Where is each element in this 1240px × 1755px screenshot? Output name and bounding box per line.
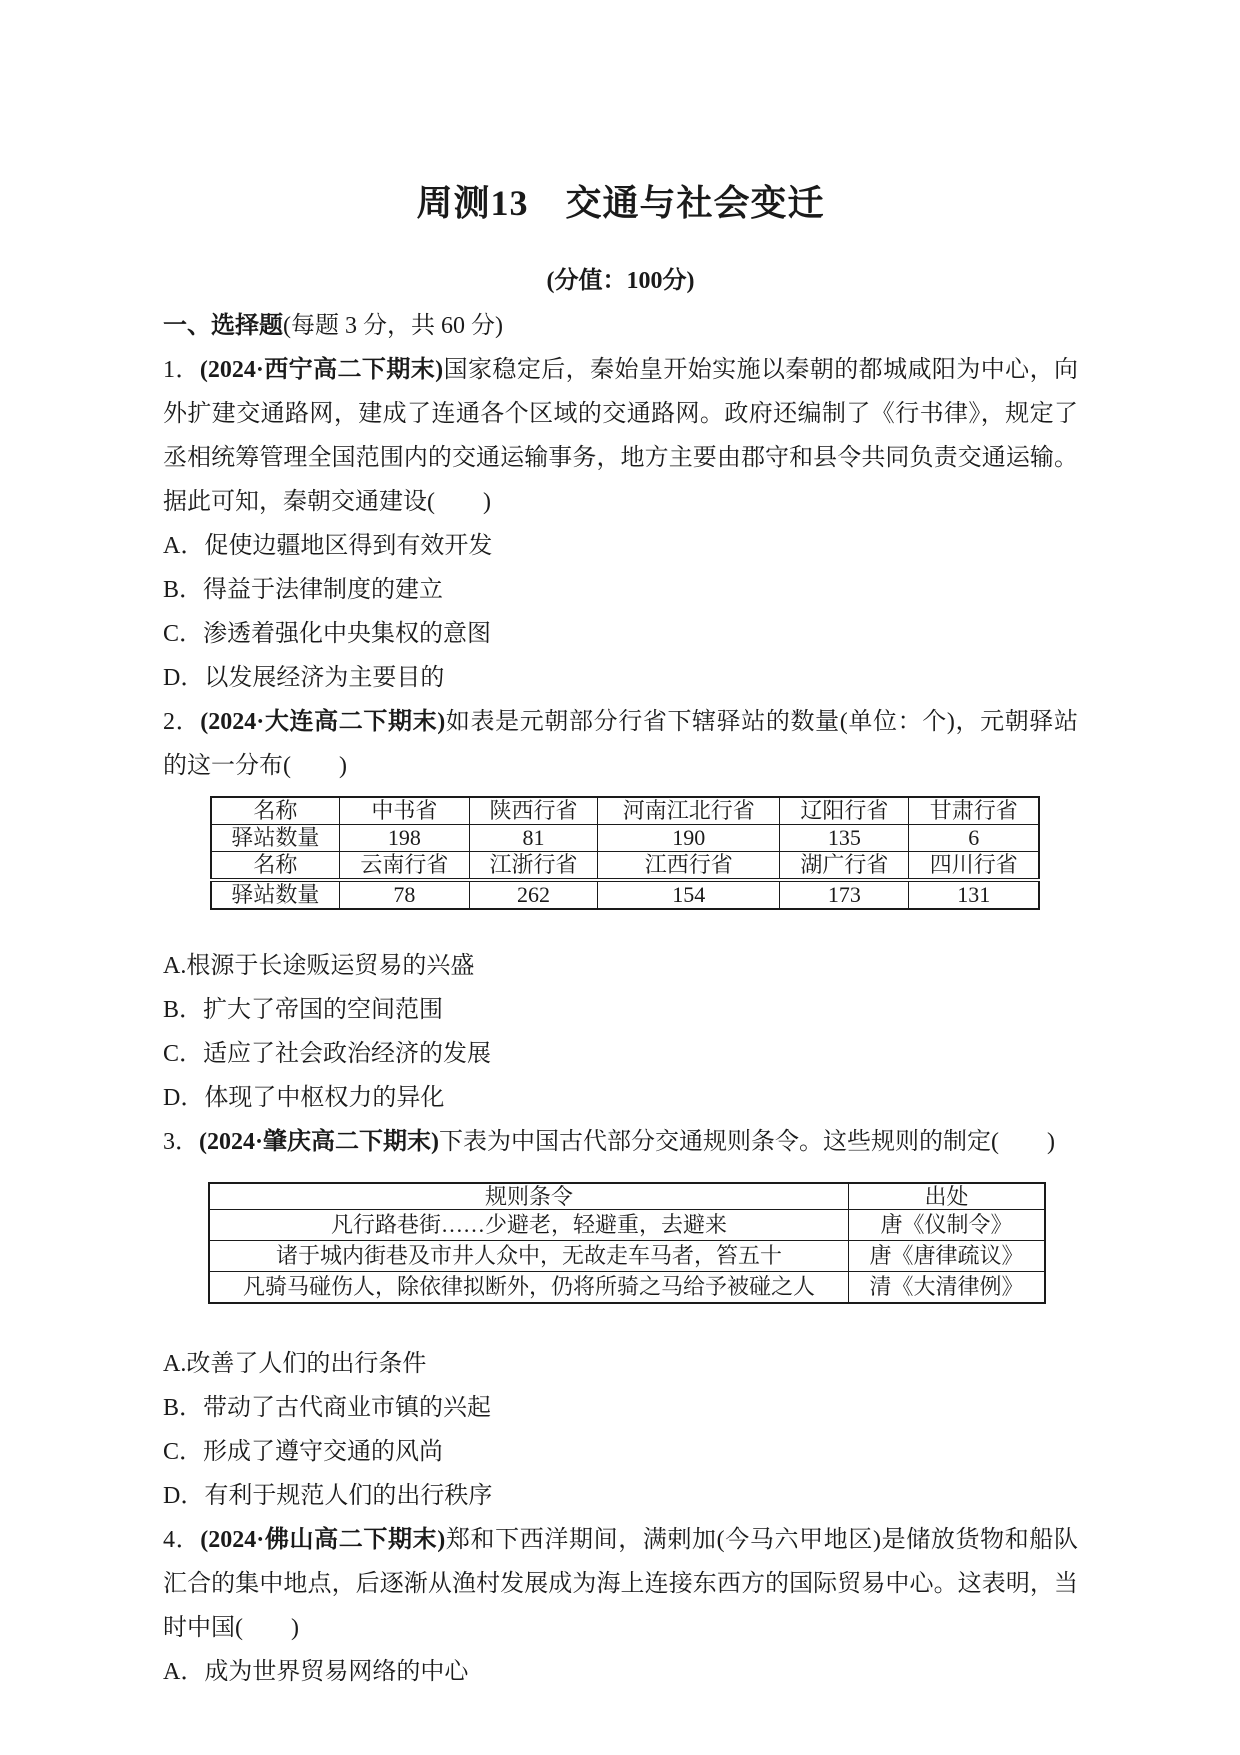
- table-header-cell: 规则条令: [209, 1183, 849, 1210]
- table-cell: 陕西行省: [469, 797, 597, 825]
- table-cell: 中书省: [339, 797, 469, 825]
- question-number: 2．: [163, 709, 200, 735]
- table-cell: 云南行省: [339, 852, 469, 881]
- section-note: (每题 3 分，共 60 分): [283, 313, 503, 339]
- score-note: (分值：100分): [163, 266, 1078, 296]
- option-item: D．有利于规范人们的出行秩序: [163, 1474, 1078, 1518]
- option-item: A.根源于长途贩运贸易的兴盛: [163, 944, 1078, 988]
- question-stem: 4．(2024·佛山高二下期末)郑和下西洋期间，满剌加(今马六甲地区)是储放货物…: [163, 1518, 1078, 1650]
- question-stem: 2．(2024·大连高二下期末)如表是元朝部分行省下辖驿站的数量(单位：个)，元…: [163, 700, 1078, 788]
- question-number: 1．: [163, 357, 200, 383]
- question-stem: 3．(2024·肇庆高二下期末)下表为中国古代部分交通规则条令。这些规则的制定(…: [163, 1120, 1078, 1164]
- table-header-cell: 出处: [849, 1183, 1045, 1210]
- option-item: C．适应了社会政治经济的发展: [163, 1032, 1078, 1076]
- option-item: C．渗透着强化中央集权的意图: [163, 612, 1078, 656]
- option-item: B．带动了古代商业市镇的兴起: [163, 1386, 1078, 1430]
- table-cell: 154: [598, 880, 780, 909]
- question-source: (2024·肇庆高二下期末): [199, 1129, 439, 1155]
- option-item: D．体现了中枢权力的异化: [163, 1076, 1078, 1120]
- table-cell: 78: [339, 880, 469, 909]
- question-block-1: 1．(2024·西宁高二下期末)国家稳定后，秦始皇开始实施以秦朝的都城咸阳为中心…: [163, 348, 1078, 700]
- table-cell: 河南江北行省: [598, 797, 780, 825]
- table-cell: 诸于城内街巷及市井人众中，无故走车马者，笞五十: [209, 1241, 849, 1272]
- table-row: 凡行路巷街……少避老，轻避重，去避来 唐《仪制令》: [209, 1210, 1045, 1241]
- table-cell: 198: [339, 825, 469, 852]
- table-cell: 135: [780, 825, 909, 852]
- section-label: 一、选择题: [163, 313, 283, 339]
- table-cell: 清《大清律例》: [849, 1272, 1045, 1304]
- table-cell: 江西行省: [598, 852, 780, 881]
- question-source: (2024·佛山高二下期末): [200, 1527, 445, 1553]
- table-cell: 四川行省: [909, 852, 1039, 881]
- table-row: 名称 中书省 陕西行省 河南江北行省 辽阳行省 甘肃行省: [211, 797, 1039, 825]
- table-cell: 江浙行省: [469, 852, 597, 881]
- option-item: B．得益于法律制度的建立: [163, 568, 1078, 612]
- table-header-row: 规则条令 出处: [209, 1183, 1045, 1210]
- table-cell: 6: [909, 825, 1039, 852]
- table-cell: 湖广行省: [780, 852, 909, 881]
- question-stem: 1．(2024·西宁高二下期末)国家稳定后，秦始皇开始实施以秦朝的都城咸阳为中心…: [163, 348, 1078, 524]
- option-item: A.改善了人们的出行条件: [163, 1342, 1078, 1386]
- exam-page: 周测13 交通与社会变迁 (分值：100分) 一、选择题(每题 3 分，共 60…: [0, 0, 1240, 1755]
- option-item: D．以发展经济为主要目的: [163, 656, 1078, 700]
- question-block-3: 3．(2024·肇庆高二下期末)下表为中国古代部分交通规则条令。这些规则的制定(…: [163, 1120, 1078, 1518]
- table-row: 凡骑马碰伤人，除依律拟断外，仍将所骑之马给予被碰之人 清《大清律例》: [209, 1272, 1045, 1304]
- question-text: 下表为中国古代部分交通规则条令。这些规则的制定( ): [439, 1129, 1055, 1155]
- table-cell: 唐《唐律疏议》: [849, 1241, 1045, 1272]
- question-block-4: 4．(2024·佛山高二下期末)郑和下西洋期间，满剌加(今马六甲地区)是储放货物…: [163, 1518, 1078, 1694]
- stations-table: 名称 中书省 陕西行省 河南江北行省 辽阳行省 甘肃行省 驿站数量 198 81…: [210, 796, 1040, 910]
- table-cell: 唐《仪制令》: [849, 1210, 1045, 1241]
- option-item: A．成为世界贸易网络的中心: [163, 1650, 1078, 1694]
- table-cell: 262: [469, 880, 597, 909]
- table-cell: 驿站数量: [211, 880, 339, 909]
- rules-table: 规则条令 出处 凡行路巷街……少避老，轻避重，去避来 唐《仪制令》 诸于城内街巷…: [208, 1182, 1046, 1304]
- option-item: A．促使边疆地区得到有效开发: [163, 524, 1078, 568]
- table-cell: 名称: [211, 797, 339, 825]
- question-block-2: 2．(2024·大连高二下期末)如表是元朝部分行省下辖驿站的数量(单位：个)，元…: [163, 700, 1078, 1120]
- question-number: 3．: [163, 1129, 199, 1155]
- question-number: 4．: [163, 1527, 200, 1553]
- question-source: (2024·西宁高二下期末): [200, 357, 443, 383]
- table-cell: 名称: [211, 852, 339, 881]
- table-cell: 凡行路巷街……少避老，轻避重，去避来: [209, 1210, 849, 1241]
- section-heading: 一、选择题(每题 3 分，共 60 分): [163, 304, 1078, 348]
- table-cell: 凡骑马碰伤人，除依律拟断外，仍将所骑之马给予被碰之人: [209, 1272, 849, 1304]
- table-row: 名称 云南行省 江浙行省 江西行省 湖广行省 四川行省: [211, 852, 1039, 881]
- table-row: 驿站数量 198 81 190 135 6: [211, 825, 1039, 852]
- question-source: (2024·大连高二下期末): [200, 709, 445, 735]
- table-cell: 173: [780, 880, 909, 909]
- table-cell: 190: [598, 825, 780, 852]
- option-item: B．扩大了帝国的空间范围: [163, 988, 1078, 1032]
- table-cell: 81: [469, 825, 597, 852]
- option-item: C．形成了遵守交通的风尚: [163, 1430, 1078, 1474]
- table-cell: 甘肃行省: [909, 797, 1039, 825]
- table-cell: 驿站数量: [211, 825, 339, 852]
- page-title: 周测13 交通与社会变迁: [163, 180, 1078, 226]
- table-cell: 辽阳行省: [780, 797, 909, 825]
- table-row: 诸于城内街巷及市井人众中，无故走车马者，笞五十 唐《唐律疏议》: [209, 1241, 1045, 1272]
- table-cell: 131: [909, 880, 1039, 909]
- table-row: 驿站数量 78 262 154 173 131: [211, 880, 1039, 909]
